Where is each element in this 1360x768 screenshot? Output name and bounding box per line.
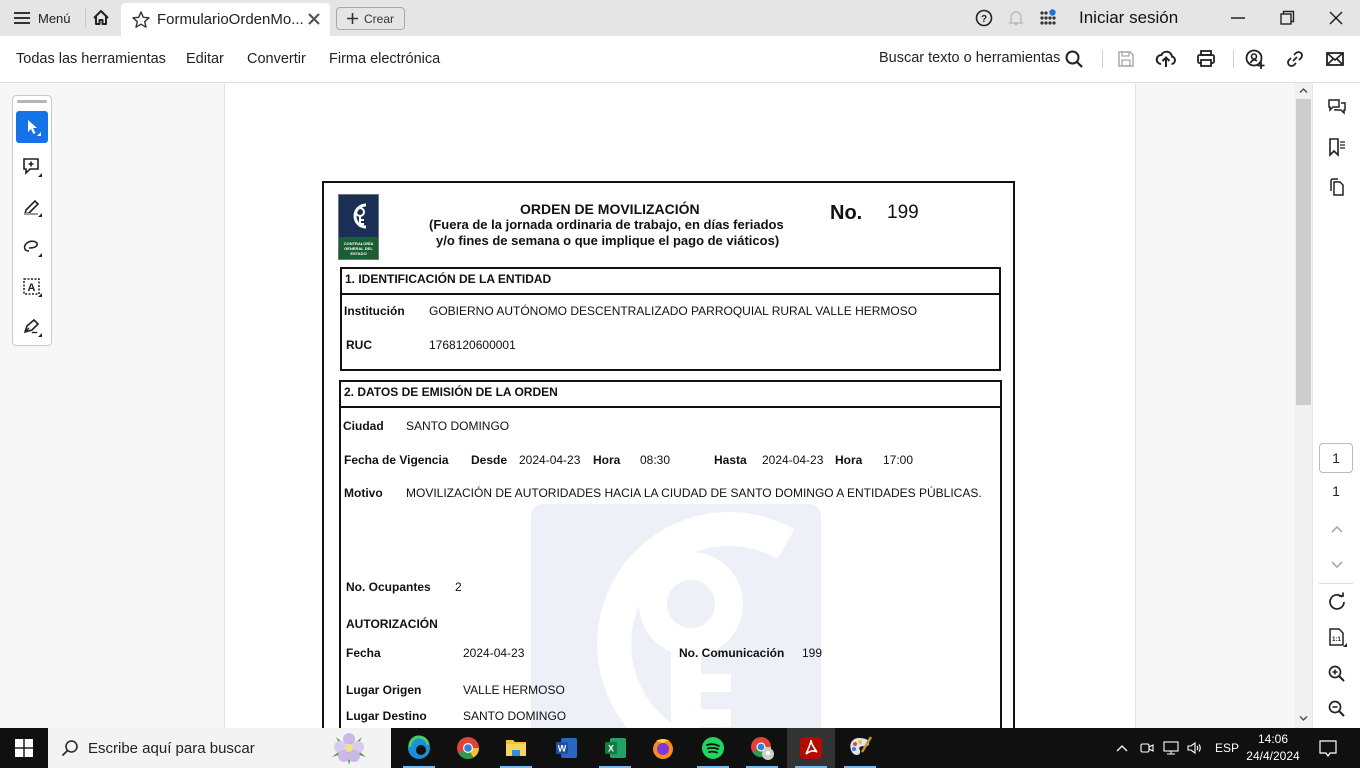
taskbar-chrome[interactable] xyxy=(444,728,492,768)
taskbar-search-box[interactable]: Escribe aquí para buscar xyxy=(48,728,391,768)
minimize-icon[interactable] xyxy=(1226,6,1250,30)
bell-icon[interactable] xyxy=(1006,8,1026,28)
create-button[interactable]: Crear xyxy=(336,7,405,30)
save-icon[interactable] xyxy=(1115,48,1137,70)
origen-value: VALLE HERMOSO xyxy=(463,683,565,697)
file-explorer-icon xyxy=(503,735,529,761)
apps-grid-icon[interactable] xyxy=(1038,8,1058,28)
menu-edit[interactable]: Editar xyxy=(186,51,224,67)
menu-e-sign[interactable]: Firma electrónica xyxy=(329,51,440,67)
taskbar-clock[interactable]: 14:06 24/4/2024 xyxy=(1243,731,1303,765)
zoom-in-icon[interactable] xyxy=(1327,664,1347,684)
select-tool[interactable] xyxy=(16,111,48,143)
institucion-value: GOBIERNO AUTÓNOMO DESCENTRALIZADO PARROQ… xyxy=(429,304,917,318)
pdf-page: CONTRALORÍA GENERAL DEL ESTADO ORDEN DE … xyxy=(322,181,1015,728)
pen-sign-icon xyxy=(21,316,43,338)
search-icon xyxy=(60,738,80,758)
home-icon[interactable] xyxy=(91,8,111,28)
origen-label: Lugar Origen xyxy=(346,683,421,697)
svg-text:A: A xyxy=(28,282,36,294)
search-tools-label[interactable]: Buscar texto o herramientas xyxy=(879,50,1060,66)
chevron-down-icon[interactable] xyxy=(1327,554,1347,574)
ciudad-label: Ciudad xyxy=(343,419,384,433)
taskbar-word[interactable]: W xyxy=(542,728,590,768)
hasta-label: Hasta xyxy=(714,453,747,467)
text-recognition-tool[interactable]: A xyxy=(16,271,48,303)
add-comment-tool[interactable] xyxy=(16,151,48,183)
sign-in-link[interactable]: Iniciar sesión xyxy=(1079,8,1178,28)
taskbar-search-placeholder: Escribe aquí para buscar xyxy=(88,740,255,757)
upload-cloud-icon[interactable] xyxy=(1155,48,1177,70)
desde-label: Desde xyxy=(471,453,507,467)
zoom-out-icon[interactable] xyxy=(1327,699,1347,719)
hora-desde-label: Hora xyxy=(593,453,620,467)
document-subtitle-line1: (Fuera de la jornada ordinaria de trabaj… xyxy=(429,217,784,232)
taskbar-edge[interactable] xyxy=(395,728,443,768)
menu-icon xyxy=(14,11,30,25)
text-box-icon: A xyxy=(21,276,43,298)
highlight-tool[interactable] xyxy=(16,191,48,223)
divider xyxy=(1319,583,1353,584)
ciudad-value: SANTO DOMINGO xyxy=(406,419,509,433)
mail-icon[interactable] xyxy=(1324,48,1346,70)
destino-label: Lugar Destino xyxy=(346,709,427,723)
menu-convert[interactable]: Convertir xyxy=(247,51,306,67)
taskbar-firefox[interactable] xyxy=(639,728,687,768)
cursor-arrow-icon xyxy=(21,116,43,138)
title-bar: Menú FormularioOrdenMo... Crear ? Inicia… xyxy=(0,0,1360,36)
bookmarks-icon[interactable] xyxy=(1327,137,1347,157)
scroll-up-icon[interactable] xyxy=(1299,87,1308,94)
institucion-label: Institución xyxy=(344,304,405,318)
divider xyxy=(339,406,1002,408)
drag-handle[interactable] xyxy=(17,100,47,103)
taskbar-chrome-profile[interactable] xyxy=(738,728,786,768)
tab-title: FormularioOrdenMo... xyxy=(157,11,304,28)
draw-tool[interactable] xyxy=(16,231,48,263)
windows-start-icon[interactable] xyxy=(15,739,33,757)
vigencia-label: Fecha de Vigencia xyxy=(344,453,449,467)
notifications-icon[interactable] xyxy=(1318,738,1338,758)
firefox-icon xyxy=(650,735,676,761)
lasso-icon xyxy=(21,236,43,258)
restore-icon[interactable] xyxy=(1275,6,1299,30)
taskbar-file-explorer[interactable] xyxy=(492,728,540,768)
chevron-up-icon[interactable] xyxy=(1327,520,1347,540)
svg-text:1:1: 1:1 xyxy=(1332,637,1341,643)
scroll-down-icon[interactable] xyxy=(1299,715,1308,722)
motivo-label: Motivo xyxy=(344,486,383,500)
highlighter-icon xyxy=(21,196,43,218)
word-icon: W xyxy=(553,735,579,761)
hora-hasta-label: Hora xyxy=(835,453,862,467)
windows-taskbar: Escribe aquí para buscar W X xyxy=(0,728,1360,768)
desde-value: 2024-04-23 xyxy=(519,453,580,467)
comunicacion-label: No. Comunicación xyxy=(679,646,784,660)
document-title: ORDEN DE MOVILIZACIÓN xyxy=(520,201,700,217)
rotate-icon[interactable] xyxy=(1327,592,1347,612)
section2-heading: 2. DATOS DE EMISIÓN DE LA ORDEN xyxy=(344,385,558,399)
fecha-label: Fecha xyxy=(346,646,381,660)
order-number-label: No. xyxy=(830,202,862,225)
logo-text: CONTRALORÍA GENERAL DEL ESTADO xyxy=(339,237,378,259)
print-icon[interactable] xyxy=(1195,48,1217,70)
help-icon[interactable]: ? xyxy=(974,8,994,28)
section1-heading: 1. IDENTIFICACIÓN DE LA ENTIDAD xyxy=(345,272,551,286)
link-icon[interactable] xyxy=(1284,48,1306,70)
comunicacion-value: 199 xyxy=(802,646,822,660)
right-rail: 1 1 1:1 xyxy=(1312,83,1360,728)
comments-icon[interactable] xyxy=(1327,97,1347,117)
contraloria-logo: CONTRALORÍA GENERAL DEL ESTADO xyxy=(338,194,379,260)
svg-text:X: X xyxy=(608,744,614,754)
network-icon[interactable] xyxy=(1162,740,1180,756)
divider xyxy=(340,293,1001,295)
document-subtitle-line2: y/o fines de semana o que implique el pa… xyxy=(436,233,779,248)
menu-all-tools[interactable]: Todas las herramientas xyxy=(16,51,166,67)
destino-value: SANTO DOMINGO xyxy=(463,709,566,723)
motivo-value: MOVILIZACIÓN DE AUTORIDADES HACIA LA CIU… xyxy=(406,486,982,500)
webcam-icon[interactable] xyxy=(1139,740,1155,756)
menu-button[interactable]: Menú xyxy=(14,9,71,27)
fecha-value: 2024-04-23 xyxy=(463,646,524,660)
ruc-value: 1768120600001 xyxy=(429,338,516,352)
taskbar-acrobat[interactable] xyxy=(787,728,835,768)
acrobat-icon xyxy=(798,735,824,761)
clock-date: 24/4/2024 xyxy=(1243,748,1303,765)
main-toolbar: Todas las herramientas Editar Convertir … xyxy=(0,36,1360,83)
total-pages: 1 xyxy=(1319,483,1353,499)
clock-time: 14:06 xyxy=(1243,731,1303,748)
current-page-input[interactable]: 1 xyxy=(1319,443,1353,473)
divider xyxy=(1233,50,1234,68)
close-tab-icon[interactable] xyxy=(306,11,322,27)
chrome-profile-icon xyxy=(749,735,775,761)
ruc-label: RUC xyxy=(346,338,372,352)
taskbar-spotify[interactable] xyxy=(689,728,737,768)
search-icon[interactable] xyxy=(1063,48,1085,70)
share-user-icon[interactable] xyxy=(1244,48,1266,70)
viewer-gutter xyxy=(1135,83,1295,728)
autorizacion-heading: AUTORIZACIÓN xyxy=(346,617,438,631)
taskbar-paint[interactable] xyxy=(836,728,884,768)
pages-icon[interactable] xyxy=(1327,177,1347,197)
star-icon[interactable] xyxy=(131,10,151,30)
hora-hasta-value: 17:00 xyxy=(883,453,913,467)
vertical-scrollbar[interactable] xyxy=(1295,83,1312,728)
ocupantes-label: No. Ocupantes xyxy=(346,580,431,594)
svg-text:?: ? xyxy=(981,14,987,25)
document-tab[interactable]: FormularioOrdenMo... xyxy=(121,3,330,36)
ocupantes-value: 2 xyxy=(455,580,462,594)
sign-tool[interactable] xyxy=(16,311,48,343)
left-panel: A xyxy=(0,83,225,728)
divider xyxy=(1102,50,1103,68)
svg-text:W: W xyxy=(558,744,567,754)
scrollbar-thumb[interactable] xyxy=(1296,99,1311,405)
hasta-value: 2024-04-23 xyxy=(762,453,823,467)
close-window-icon[interactable] xyxy=(1324,6,1348,30)
spotify-icon xyxy=(700,735,726,761)
chrome-icon xyxy=(455,735,481,761)
edge-icon xyxy=(406,735,432,761)
comment-plus-icon xyxy=(21,156,43,178)
actual-size-icon[interactable]: 1:1 xyxy=(1327,627,1347,647)
flower-highlight-icon xyxy=(328,729,370,767)
hora-desde-value: 08:30 xyxy=(640,453,670,467)
quick-tools-bar: A xyxy=(12,95,52,346)
plus-icon xyxy=(347,13,358,24)
create-label: Crear xyxy=(364,12,394,26)
volume-icon[interactable] xyxy=(1186,740,1204,756)
language-indicator[interactable]: ESP xyxy=(1215,728,1239,768)
excel-icon: X xyxy=(602,735,628,761)
divider xyxy=(85,8,86,28)
order-number-value: 199 xyxy=(887,202,919,224)
taskbar-excel[interactable]: X xyxy=(591,728,639,768)
show-hidden-icons[interactable] xyxy=(1115,742,1129,754)
document-viewer[interactable]: CONTRALORÍA GENERAL DEL ESTADO ORDEN DE … xyxy=(225,83,1135,728)
menu-label: Menú xyxy=(38,11,71,26)
paint-icon xyxy=(847,735,873,761)
